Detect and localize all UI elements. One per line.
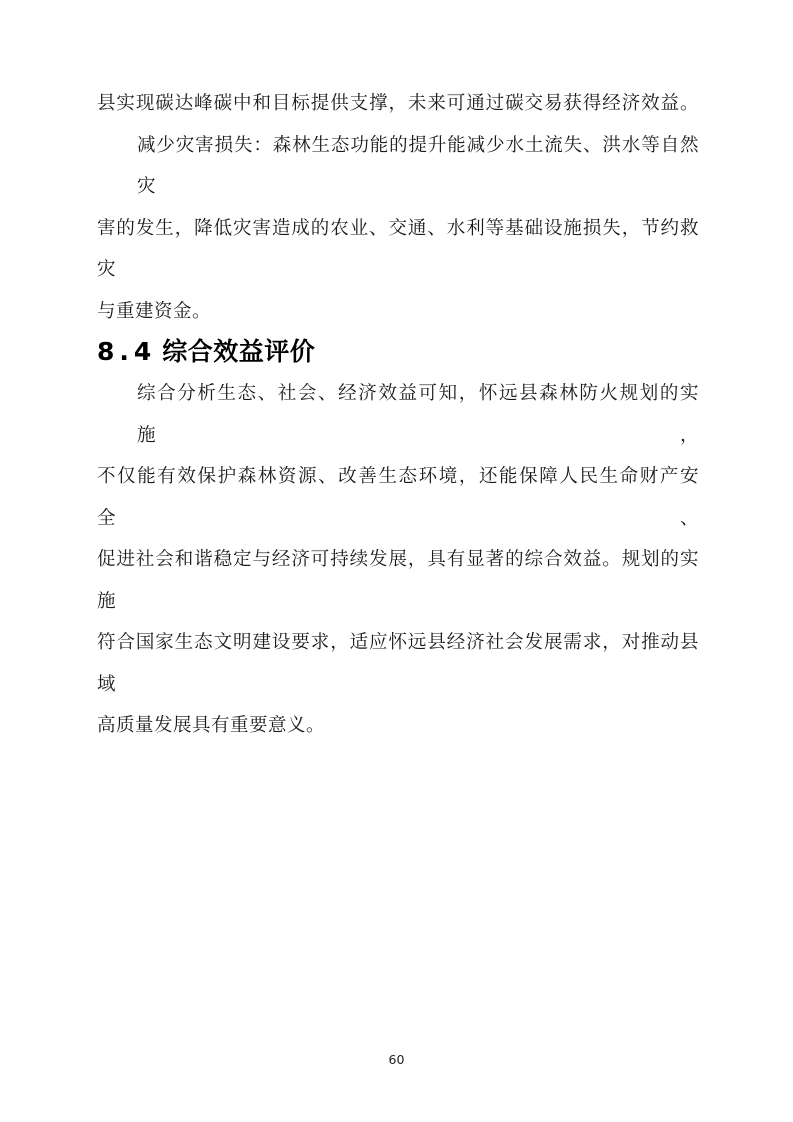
paragraph-line: 县实现碳达峰碳中和目标提供支撑，未来可通过碳交易获得经济效益。 [97,83,699,125]
section-heading: 8.4综合效益评价 [97,334,699,370]
paragraph-line: 促进社会和谐稳定与经济可持续发展，具有显著的综合效益。规划的实施 [97,539,699,622]
paragraph-disaster-reduction: 减少灾害损失：森林生态功能的提升能减少水土流失、洪水等自然灾 害的发生，降低灾害… [97,125,699,333]
paragraph-line: 害的发生，降低灾害造成的农业、交通、水利等基础设施损失，节约救灾 [97,208,699,291]
paragraph-line: 符合国家生态文明建设要求，适应怀远县经济社会发展需求，对推动县域 [97,622,699,705]
paragraph-benefit-evaluation: 综合分析生态、社会、经济效益可知，怀远县森林防火规划的实施， 不仅能有效保护森林… [97,373,699,747]
document-body: 县实现碳达峰碳中和目标提供支撑，未来可通过碳交易获得经济效益。 减少灾害损失：森… [97,83,699,747]
section-heading-title: 综合效益评价 [162,337,315,366]
document-page: 县实现碳达峰碳中和目标提供支撑，未来可通过碳交易获得经济效益。 减少灾害损失：森… [0,0,793,1122]
paragraph-line: 减少灾害损失：森林生态功能的提升能减少水土流失、洪水等自然灾 [97,125,699,208]
paragraph-line: 高质量发展具有重要意义。 [97,705,699,747]
paragraph-line: 不仅能有效保护森林资源、改善生态环境，还能保障人民生命财产安全、 [97,456,699,539]
page-number: 60 [0,1052,793,1068]
paragraph-line: 综合分析生态、社会、经济效益可知，怀远县森林防火规划的实施， [97,373,699,456]
paragraph-line: 与重建资金。 [97,291,699,333]
section-heading-number: 8.4 [97,337,156,366]
paragraph-carbon-trading: 县实现碳达峰碳中和目标提供支撑，未来可通过碳交易获得经济效益。 [97,83,699,125]
